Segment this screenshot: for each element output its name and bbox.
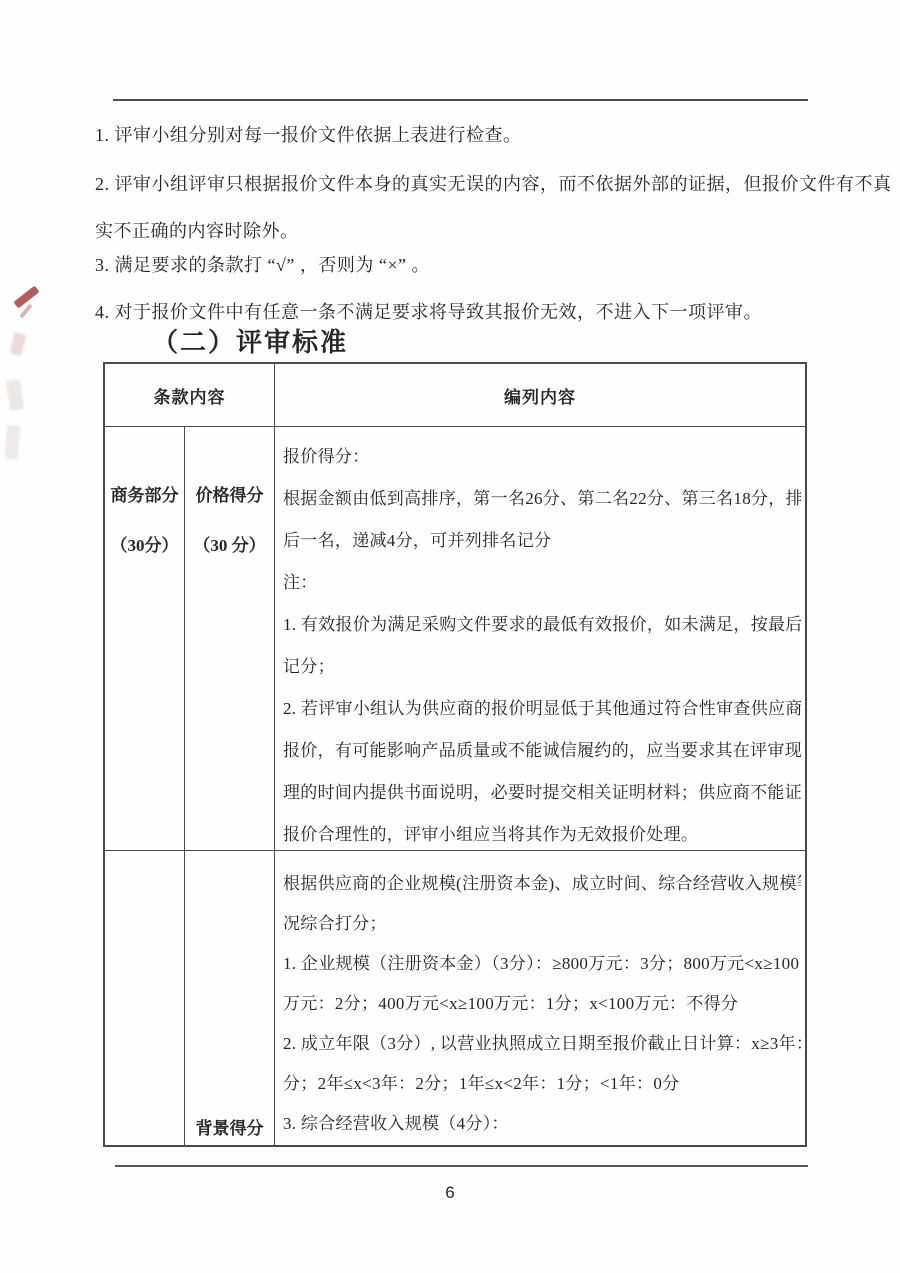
page-number: 6 bbox=[0, 1183, 900, 1203]
note-line-2: 2. 评审小组评审只根据报价文件本身的真实无误的内容，而不依据外部的证据，但报价… bbox=[95, 171, 892, 197]
note-line-3: 3. 满足要求的条款打 “√” ，否则为 “×” 。 bbox=[95, 252, 430, 278]
item-label-line1: 价格得分 bbox=[185, 471, 274, 521]
stamp-stroke bbox=[6, 379, 24, 411]
text-line: 1. 有效报价为满足采购文件要求的最低有效报价，如未满足，按最后一名 bbox=[283, 604, 801, 646]
red-stamp-mark bbox=[0, 285, 46, 475]
cell-content-background-score: 根据供应商的企业规模(注册资本金)、成立时间、综合经营收入规模等情况综合打分；1… bbox=[275, 851, 805, 1145]
category-label-line2: （30分） bbox=[105, 521, 184, 571]
item-label-line2: （30 分） bbox=[185, 521, 274, 571]
note-line-2-cont: 实不正确的内容时除外。 bbox=[95, 218, 299, 244]
cell-item-price-score: 价格得分 （30 分） bbox=[185, 427, 275, 851]
text-line: 理的时间内提供书面说明，必要时提交相关证明材料；供应商不能证明其 bbox=[283, 772, 801, 814]
text-line: 根据供应商的企业规模(注册资本金)、成立时间、综合经营收入规模等情 bbox=[283, 864, 801, 904]
footer-rule bbox=[115, 1165, 808, 1167]
text-line: 后一名，递减4分，可并列排名记分 bbox=[283, 520, 801, 562]
cell-category-empty bbox=[105, 851, 185, 1145]
text-line: 1. 企业规模（注册资本金）（3分）：≥800万元：3分；800万元<x≥100 bbox=[283, 944, 801, 984]
cell-category-business: 商务部分 （30分） bbox=[105, 427, 185, 851]
text-line: 报价，有可能影响产品质量或不能诚信履约的，应当要求其在评审现场合 bbox=[283, 730, 801, 772]
note-line-1: 1. 评审小组分别对每一报价文件依据上表进行检查。 bbox=[95, 122, 522, 148]
table-header-clause: 条款内容 bbox=[105, 364, 275, 427]
stamp-stroke bbox=[13, 286, 39, 309]
category-label-line1: 商务部分 bbox=[105, 471, 184, 521]
text-line: 况综合打分； bbox=[283, 904, 801, 944]
text-line: 报价得分： bbox=[283, 436, 801, 478]
text-line: 报价合理性的，评审小组应当将其作为无效报价处理。 bbox=[283, 814, 801, 851]
stamp-stroke bbox=[10, 332, 26, 356]
text-line: 万元：2分；400万元<x≥100万元：1分；x<100万元：不得分 bbox=[283, 984, 801, 1024]
text-line: 2. 若评审小组认为供应商的报价明显低于其他通过符合性审查供应商的 bbox=[283, 688, 801, 730]
stamp-stroke bbox=[5, 424, 21, 459]
table-header-content: 编列内容 bbox=[275, 364, 805, 427]
text-line: 3. 综合经营收入规模（4分）： bbox=[283, 1104, 801, 1144]
document-page: 1. 评审小组分别对每一报价文件依据上表进行检查。 2. 评审小组评审只根据报价… bbox=[0, 0, 900, 1273]
text-line: 记分； bbox=[283, 646, 801, 688]
text-line: 2. 成立年限（3分）, 以营业执照成立日期至报价截止日计算：x≥3年：3 bbox=[283, 1024, 801, 1064]
text-line: 分；2年≤x<3年：2分；1年≤x<2年：1分；<1年：0分 bbox=[283, 1064, 801, 1104]
text-line: 根据金额由低到高排序，第一名26分、第二名22分、第三名18分，排名每 bbox=[283, 478, 801, 520]
header-rule bbox=[113, 99, 808, 101]
evaluation-table: 条款内容 编列内容 商务部分 （30分） 价格得分 （30 分） 报价得分：根据… bbox=[103, 362, 807, 1147]
cell-content-price-score: 报价得分：根据金额由低到高排序，第一名26分、第二名22分、第三名18分，排名每… bbox=[275, 427, 805, 851]
cell-item-background-score: 背景得分 bbox=[185, 851, 275, 1145]
text-line: 注： bbox=[283, 562, 801, 604]
section-heading: （二）评审标准 bbox=[152, 322, 348, 359]
